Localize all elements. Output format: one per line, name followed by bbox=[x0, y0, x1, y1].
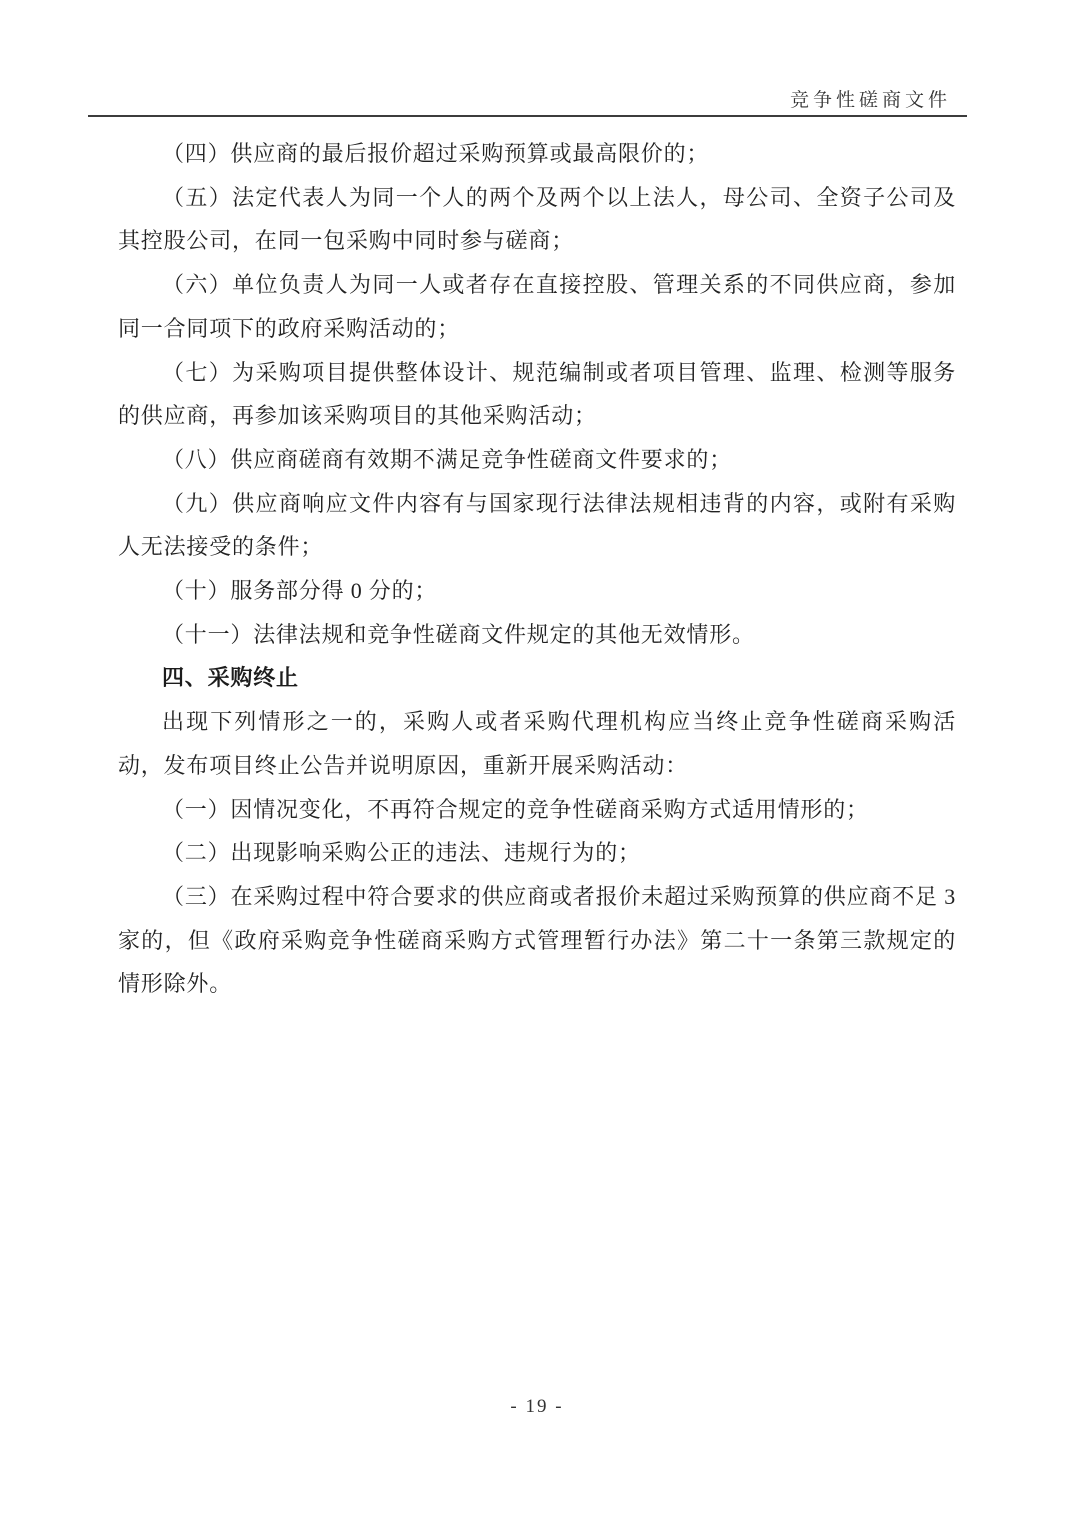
clause-termination-2: （二）出现影响采购公正的违法、违规行为的； bbox=[118, 831, 956, 875]
clause-invalid-4: （四）供应商的最后报价超过采购预算或最高限价的； bbox=[118, 132, 956, 176]
page-number: - 19 - bbox=[0, 1396, 1074, 1418]
header-divider-rule bbox=[88, 115, 967, 117]
clause-invalid-6: （六）单位负责人为同一人或者存在直接控股、管理关系的不同供应商，参加同一合同项下… bbox=[118, 263, 956, 350]
termination-intro-paragraph: 出现下列情形之一的，采购人或者采购代理机构应当终止竞争性磋商采购活动，发布项目终… bbox=[118, 700, 956, 787]
clause-invalid-11: （十一）法律法规和竞争性磋商文件规定的其他无效情形。 bbox=[118, 613, 956, 657]
clause-invalid-9: （九）供应商响应文件内容有与国家现行法律法规相违背的内容，或附有采购人无法接受的… bbox=[118, 482, 956, 569]
clause-invalid-10: （十）服务部分得 0 分的； bbox=[118, 569, 956, 613]
clause-termination-3: （三）在采购过程中符合要求的供应商或者报价未超过采购预算的供应商不足 3 家的，… bbox=[118, 875, 956, 1006]
document-page: { "header": { "title": "竞争性磋商文件" }, "col… bbox=[0, 0, 1074, 1520]
clause-invalid-5: （五）法定代表人为同一个人的两个及两个以上法人，母公司、全资子公司及其控股公司，… bbox=[118, 176, 956, 263]
clause-termination-1: （一）因情况变化，不再符合规定的竞争性磋商采购方式适用情形的； bbox=[118, 788, 956, 832]
clause-invalid-7: （七）为采购项目提供整体设计、规范编制或者项目管理、监理、检测等服务的供应商，再… bbox=[118, 351, 956, 438]
clause-invalid-8: （八）供应商磋商有效期不满足竞争性磋商文件要求的； bbox=[118, 438, 956, 482]
page-header-title: 竞争性磋商文件 bbox=[790, 85, 951, 112]
document-body: （四）供应商的最后报价超过采购预算或最高限价的； （五）法定代表人为同一个人的两… bbox=[118, 132, 956, 1006]
section-heading-procurement-termination: 四、采购终止 bbox=[118, 656, 956, 700]
